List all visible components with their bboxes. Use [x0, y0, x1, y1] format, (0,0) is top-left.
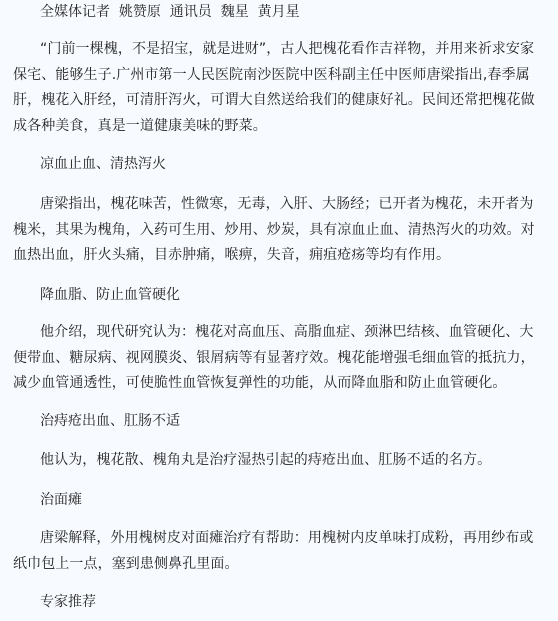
section-body: 唐梁解释，外用槐树皮对面瘫治疗有帮助：用槐树内皮单味打成粉，再用纱布或纸巾包上一… — [13, 526, 546, 577]
section-text: 唐梁指出，槐花味苦，性微寒，无毒，入肝、大肠经；已开者为槐花，未开者为槐米，其果… — [13, 192, 546, 269]
section-text: 他认为，槐花散、槐角丸是治疗湿热引起的痔疮出血、肛肠不适的名方。 — [13, 448, 546, 474]
section-text: 他介绍，现代研究认为：槐花对高血压、高脂血症、颈淋巴结核、血管硬化、大便带血、糖… — [13, 320, 546, 397]
section-heading: 专家推荐 — [40, 591, 96, 613]
section-heading: 凉血止血、清热泻火 — [40, 153, 166, 175]
section-body: 唐梁指出，槐花味苦，性微寒，无毒，入肝、大肠经；已开者为槐花，未开者为槐米，其果… — [13, 192, 546, 269]
byline: 全媒体记者 姚赞原 通讯员 魏星 黄月星 — [40, 1, 300, 23]
intro-text: “门前一棵槐，不是招宝，就是进财”，古人把槐花看作吉祥物，并用来祈求安家保宅、能… — [13, 37, 546, 139]
section-heading: 降血脂、防止血管硬化 — [40, 284, 180, 306]
section-heading: 治面瘫 — [40, 489, 82, 511]
intro-paragraph: “门前一棵槐，不是招宝，就是进财”，古人把槐花看作吉祥物，并用来祈求安家保宅、能… — [13, 37, 546, 139]
section-text: 唐梁解释，外用槐树皮对面瘫治疗有帮助：用槐树内皮单味打成粉，再用纱布或纸巾包上一… — [13, 526, 546, 577]
section-body: 他认为，槐花散、槐角丸是治疗湿热引起的痔疮出血、肛肠不适的名方。 — [13, 448, 546, 474]
section-heading: 治痔疮出血、肛肠不适 — [40, 410, 180, 432]
section-body: 他介绍，现代研究认为：槐花对高血压、高脂血症、颈淋巴结核、血管硬化、大便带血、糖… — [13, 320, 546, 397]
